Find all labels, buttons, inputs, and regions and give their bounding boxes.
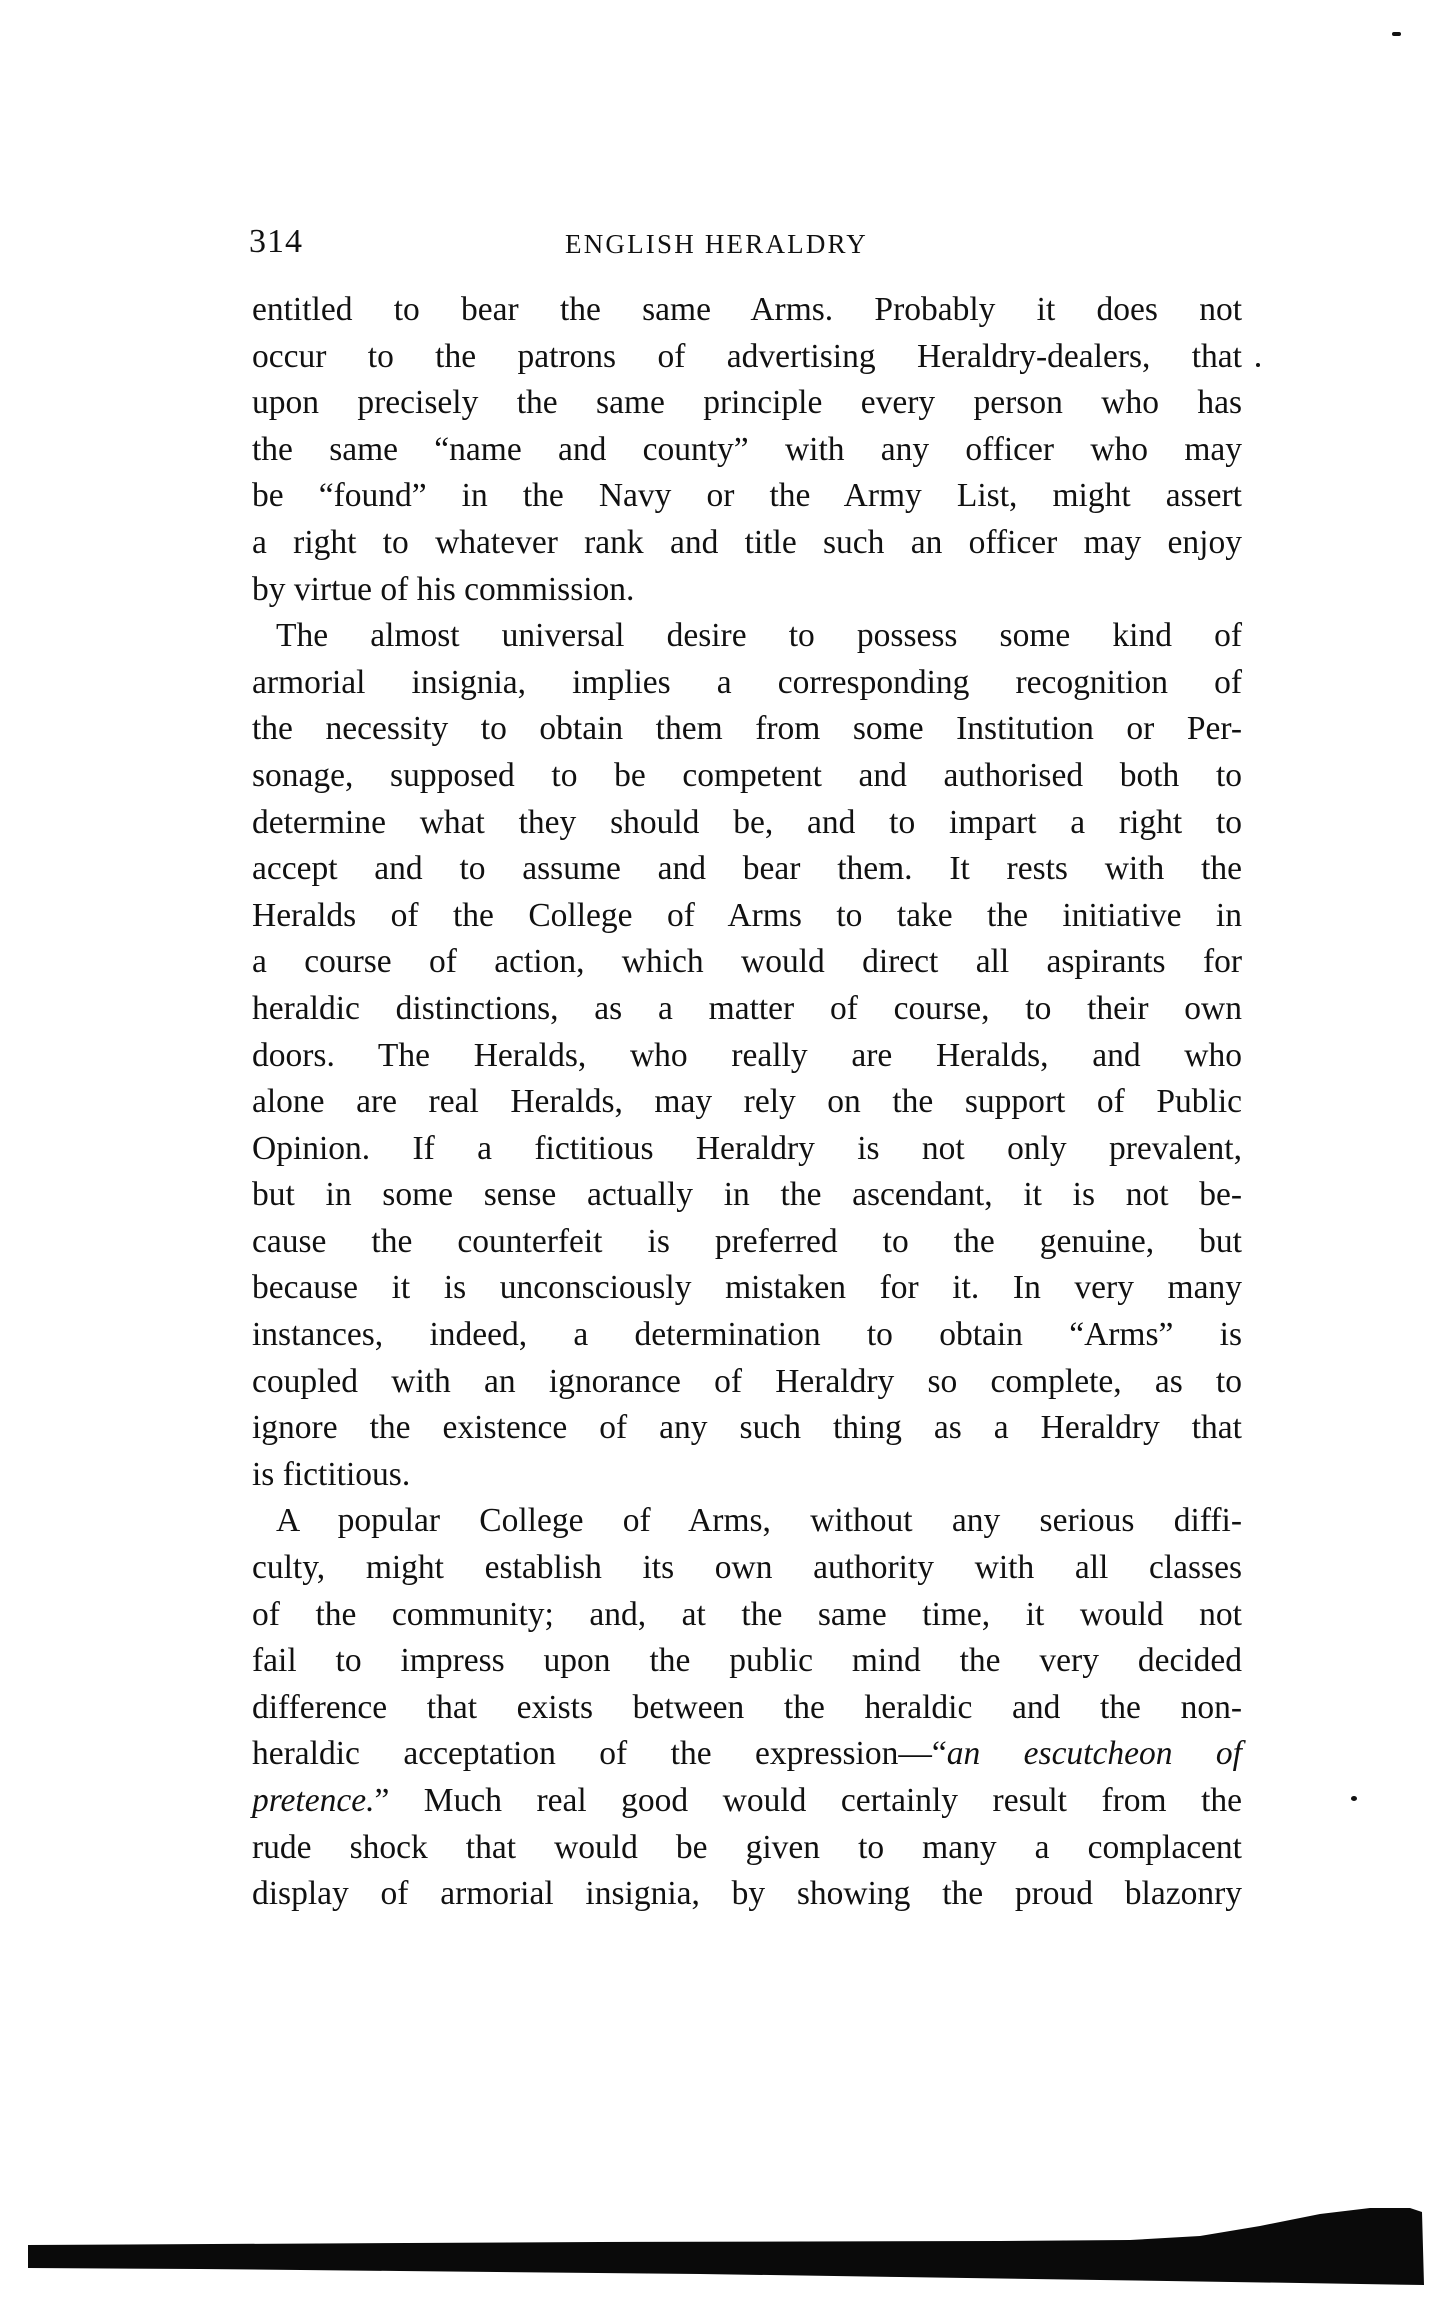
scan-edge-bar	[0, 0, 1434, 2317]
book-page: 314 ENGLISH HERALDRY entitled to bear th…	[0, 0, 1434, 2317]
